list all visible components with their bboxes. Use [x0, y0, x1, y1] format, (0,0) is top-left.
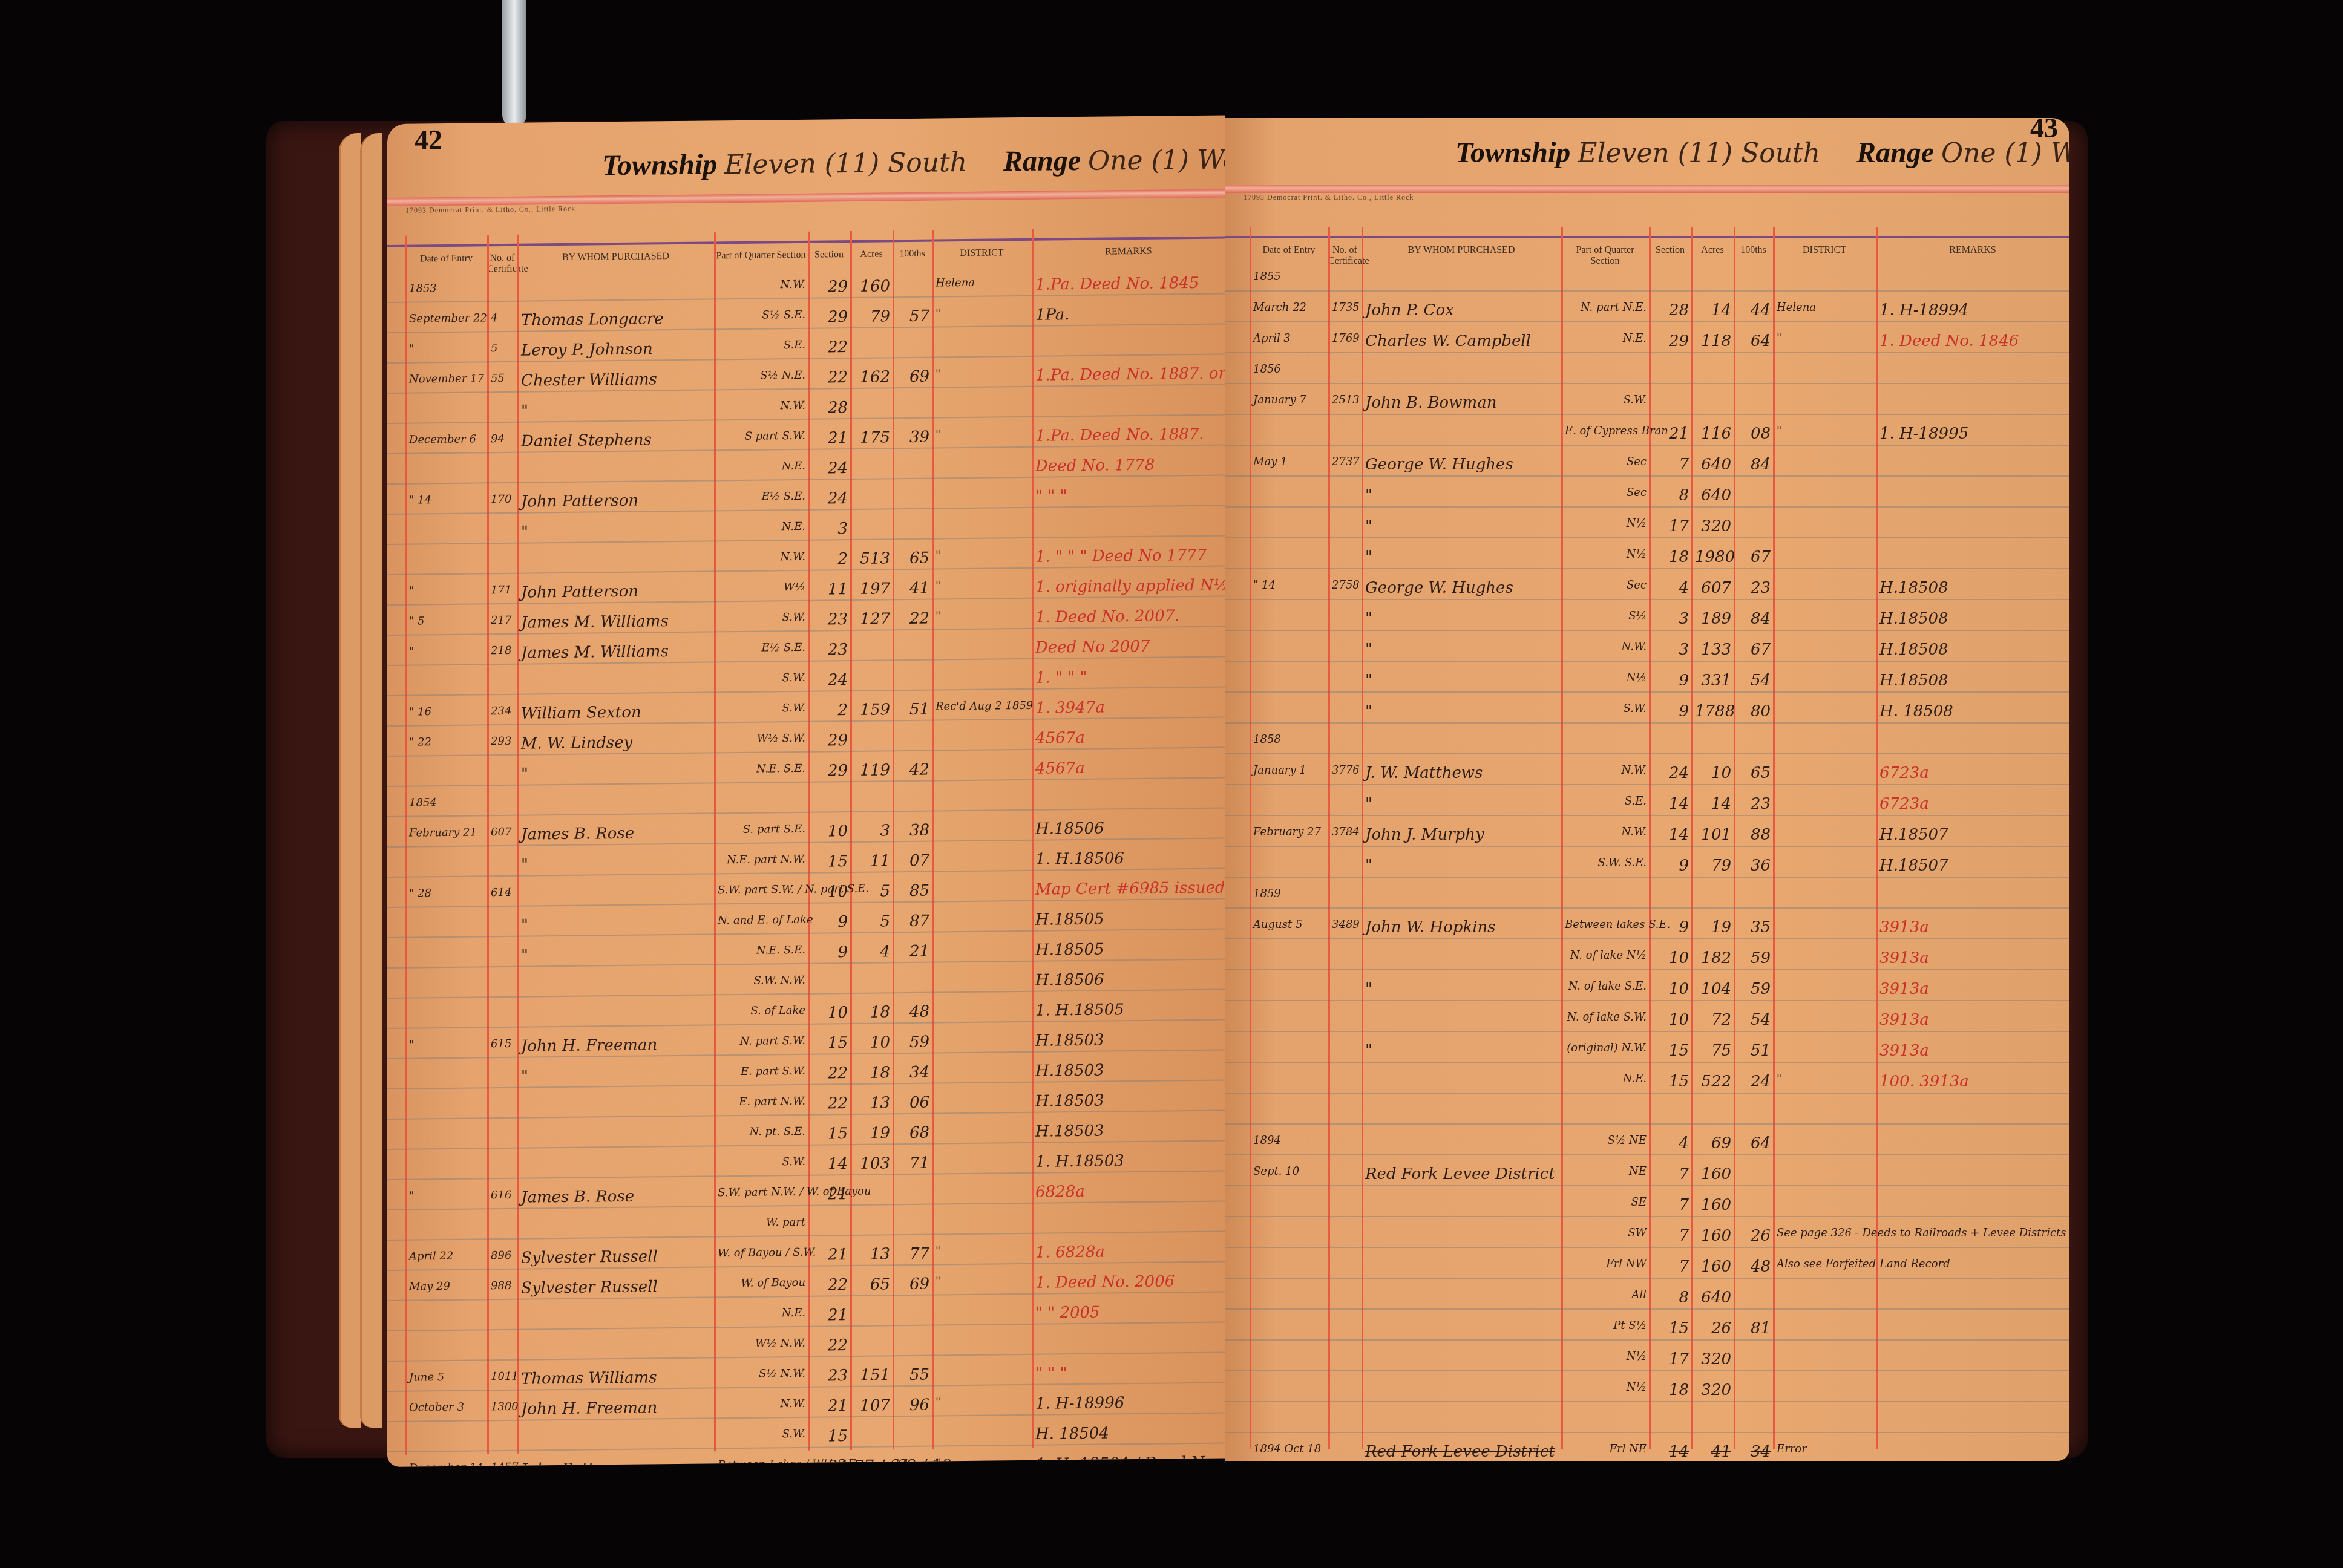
cell-remarks: H.18503 — [1035, 1122, 1104, 1141]
cell-name: Chester Williams — [521, 370, 657, 390]
cell-part: N.E. — [718, 1307, 805, 1321]
cell-hundredths: 51 — [1737, 1042, 1771, 1060]
cell-hundredths: 34 — [896, 1063, 929, 1082]
cell-acres: 331 — [1695, 671, 1731, 690]
cell-district: " — [936, 1456, 940, 1467]
cell-hundredths: 55 — [896, 1366, 929, 1385]
ruled-line — [1225, 1062, 2069, 1063]
cell-section: 28 — [1653, 301, 1689, 319]
ruled-line — [387, 384, 1225, 394]
cell-hundredths: 69 / 10 — [896, 1457, 929, 1467]
column-header-date: Date of Entry — [405, 253, 487, 264]
column-header-part: Part of Quarter Section — [1561, 245, 1649, 267]
cell-name: John Patterson — [521, 1460, 638, 1467]
cell-remarks: 1. H.18503 — [1035, 1152, 1124, 1171]
cell-name: John J. Murphy — [1365, 826, 1484, 844]
cell-name: James M. Williams — [521, 612, 669, 632]
cell-part: N.E. — [1565, 332, 1647, 345]
township-label: Township — [602, 148, 717, 181]
cell-part: N.W. — [1565, 641, 1647, 653]
cell-section: 10 — [1653, 980, 1689, 998]
township-value: Eleven (11) South — [1578, 138, 1820, 169]
cell-section: 29 — [1653, 332, 1689, 350]
cell-district: Rec'd Aug 2 1859 — [936, 699, 1033, 713]
cell-acres: 1788 — [1695, 702, 1731, 720]
cell-part: Sec — [1565, 486, 1647, 499]
cell-name: " — [1365, 548, 1372, 566]
cell-name: " — [521, 856, 528, 874]
cell-acres: 119 — [854, 761, 890, 780]
cell-cert: 607 — [491, 826, 511, 838]
cell-remarks: H.18503 — [1035, 1092, 1104, 1111]
cell-acres: 5 — [854, 882, 890, 901]
cell-acres: 160 — [1695, 1196, 1731, 1214]
cell-part: W½ N.W. — [718, 1337, 805, 1351]
cell-acres: 1980 — [1695, 548, 1731, 566]
cell-part: W. of Bayou — [718, 1276, 805, 1290]
cell-acres: 162 — [854, 368, 890, 387]
cell-hundredths: 51 — [896, 701, 929, 719]
cell-remarks: 3913a — [1879, 980, 1929, 998]
ruled-line — [1225, 1247, 2069, 1248]
cell-part: E½ S.E. — [718, 490, 805, 504]
cell-section: 10 — [1653, 1011, 1689, 1029]
column-rule — [932, 230, 934, 1449]
cell-date: 1856 — [1253, 363, 1281, 376]
cell-name: John H. Freeman — [521, 1399, 657, 1418]
cell-section: 17 — [1653, 517, 1689, 535]
cell-part: W. of Bayou / S.W. — [718, 1246, 805, 1260]
cell-hundredths: 54 — [1737, 1011, 1771, 1029]
column-header-remarks: REMARKS — [1032, 245, 1225, 258]
cell-acres: 104 — [1695, 980, 1731, 998]
cell-cert: 5 — [491, 342, 497, 354]
cell-district: " — [1777, 425, 1781, 437]
cell-hundredths: 41 — [896, 580, 929, 598]
cell-date: October 3 — [409, 1401, 464, 1414]
ruled-line — [1225, 1308, 2069, 1310]
cell-acres: 640 — [1695, 486, 1731, 505]
cell-hundredths: 84 — [1737, 610, 1771, 628]
ruled-line — [387, 686, 1225, 696]
cell-hundredths: 48 — [1737, 1258, 1771, 1276]
cell-section: 17 — [1653, 1350, 1689, 1368]
cell-part: S.W. — [718, 1428, 805, 1442]
cell-acres: 18 — [854, 1063, 890, 1082]
ruled-line — [387, 867, 1225, 878]
cell-acres: 133 — [1695, 641, 1731, 659]
cell-section: 4 — [1653, 1134, 1689, 1152]
cell-acres: 101 — [1695, 826, 1731, 844]
cell-part: S.W. — [718, 611, 805, 625]
ruled-line — [1225, 537, 2069, 538]
cell-section: 23 — [811, 610, 848, 629]
cell-acres: 320 — [1695, 1350, 1731, 1368]
cell-acres: 522 — [1695, 1073, 1731, 1091]
cell-hundredths: 07 — [896, 852, 929, 871]
ruled-line — [1225, 969, 2069, 970]
cell-date: " 28 — [409, 887, 431, 900]
column-rule — [1250, 227, 1251, 1449]
cell-date: " 14 — [409, 494, 431, 506]
cell-hundredths: 21 — [896, 942, 929, 961]
cell-hundredths: 08 — [1737, 425, 1771, 443]
cell-section: 10 — [811, 1004, 848, 1022]
cell-date: January 7 — [1253, 394, 1306, 407]
column-rule — [1773, 227, 1775, 1449]
cell-acres: 160 — [1695, 1165, 1731, 1183]
cell-name: George W. Hughes — [1365, 456, 1513, 474]
cell-remarks: 1.Pa. Deed No. 1887. — [1035, 425, 1204, 445]
page-title: Township Eleven (11) South Range One (1)… — [602, 142, 1225, 182]
cell-remarks: 6723a — [1879, 795, 1929, 813]
cell-part: S.W. part N.W. / W. of Bayou — [718, 1186, 805, 1200]
cell-district: " — [936, 307, 940, 319]
cell-acres: 320 — [1695, 1381, 1731, 1399]
cell-name: " — [1365, 702, 1372, 720]
ruled-line — [387, 988, 1225, 999]
cell-section: 3 — [811, 520, 848, 538]
cell-hundredths: 54 — [1737, 671, 1771, 690]
cell-section: 21 — [811, 1185, 848, 1204]
column-header-hundredths: 100ths — [893, 249, 932, 260]
cell-section: 14 — [1653, 826, 1689, 844]
cell-hundredths: 59 — [1737, 980, 1771, 998]
cell-section: 21 — [1653, 425, 1689, 443]
cell-part: N.E. S.E. — [718, 762, 805, 776]
column-header-hundredths: 100ths — [1734, 245, 1773, 256]
cell-hundredths: 39 — [896, 428, 929, 447]
cell-cert: 217 — [491, 614, 511, 627]
range-label: Range — [1003, 145, 1081, 177]
column-header-remarks: REMARKS — [1876, 245, 2069, 256]
cell-remarks: H.18505 — [1035, 941, 1104, 959]
cell-section: 9 — [1653, 671, 1689, 690]
header-rule — [1225, 236, 2069, 238]
cell-remarks: H.18508 — [1879, 641, 1948, 659]
cell-name: " — [521, 916, 528, 935]
column-header-date: Date of Entry — [1250, 245, 1328, 256]
cell-section: 28 — [811, 399, 848, 417]
cell-acres: 189 — [1695, 610, 1731, 628]
cell-section: 22 — [811, 1336, 848, 1355]
cell-section: 3 — [1653, 641, 1689, 659]
cell-part: Between Lakes / W½ S.E. — [718, 1458, 805, 1467]
column-header-acres: Acres — [1691, 245, 1734, 256]
cell-name: John H. Freeman — [521, 1036, 657, 1055]
cell-remarks: 1. originally applied N½ — [1035, 577, 1223, 596]
ruled-line — [387, 535, 1225, 545]
cell-remarks: 1.Pa. Deed No. 1845 — [1035, 274, 1199, 294]
header-rule — [387, 236, 1225, 247]
column-rule — [850, 231, 852, 1450]
cell-cert: 988 — [491, 1279, 511, 1292]
column-rule — [893, 230, 894, 1449]
range-label: Range — [1856, 137, 1934, 169]
column-header-part: Part of Quarter Section — [714, 250, 808, 262]
left-page: 42 Township Eleven (11) South Range One … — [387, 115, 1225, 1467]
ruled-line — [387, 1291, 1225, 1301]
header-band — [387, 189, 1225, 206]
cell-name: " — [521, 1068, 528, 1086]
cell-cert: 171 — [491, 584, 511, 596]
cell-section: 29 — [811, 731, 848, 750]
cell-section: 15 — [811, 1125, 848, 1143]
cell-hundredths: 42 — [896, 761, 929, 780]
column-header-district: DISTRICT — [1773, 245, 1876, 256]
cell-part: N.W. — [718, 399, 805, 413]
cell-acres: 19 — [854, 1124, 890, 1143]
cell-hundredths: 67 — [1737, 548, 1771, 566]
cell-section: 15 — [811, 852, 848, 871]
ruled-line — [387, 746, 1225, 757]
column-rule — [808, 232, 810, 1451]
cell-part: S. of Lake — [718, 1004, 805, 1018]
cell-acres: 160 — [1695, 1258, 1731, 1276]
cell-district: " — [936, 428, 940, 440]
cell-remarks: H.18508 — [1879, 610, 1948, 628]
cell-part: N.E. — [718, 460, 805, 474]
cell-cert: 2737 — [1332, 456, 1359, 468]
ruled-line — [387, 595, 1225, 606]
cell-part: E½ S.E. — [718, 641, 805, 655]
cell-cert: 1735 — [1332, 301, 1359, 314]
cell-part: W. part — [718, 1216, 805, 1230]
cell-acres: 13 — [854, 1245, 890, 1264]
cell-remarks: H.18503 — [1035, 1031, 1104, 1050]
letter-opener — [502, 0, 526, 127]
cell-part: S½ — [1565, 610, 1647, 622]
cell-date: February 21 — [409, 826, 477, 839]
cell-acres: 127 — [854, 610, 890, 629]
cell-hundredths: 26 — [1737, 1227, 1771, 1245]
cell-name: J. W. Matthews — [1365, 764, 1483, 782]
cell-name: " — [521, 947, 528, 965]
cell-acres: 65 — [854, 1275, 890, 1294]
cell-remarks: " " " — [1035, 487, 1067, 506]
cell-part: (original) N.W. — [1565, 1042, 1647, 1054]
cell-part: N½ — [1565, 548, 1647, 561]
cell-acres: 197 — [854, 580, 890, 598]
ruled-line — [1225, 1154, 2069, 1155]
cell-part: N½ — [1565, 671, 1647, 684]
cell-part: S.W. S.E. — [1565, 857, 1647, 869]
cell-section: 22 — [811, 338, 848, 357]
cell-section: 22 — [811, 1094, 848, 1113]
cell-acres: 79 — [1695, 857, 1731, 875]
ruled-line — [1225, 290, 2069, 292]
cell-remarks: H.18507 — [1879, 857, 1948, 875]
cell-section: 10 — [811, 822, 848, 841]
ruled-line — [1225, 1031, 2069, 1032]
ruled-line — [1225, 784, 2069, 785]
cell-section: 9 — [811, 943, 848, 962]
ruled-line — [1225, 1123, 2069, 1125]
cell-section: 29 — [811, 278, 848, 296]
cell-part: S part S.W. — [718, 430, 805, 443]
cell-date: " 14 — [1253, 579, 1276, 592]
cell-district: " — [936, 609, 940, 622]
cell-district: Error — [1777, 1443, 1807, 1455]
column-rule — [1032, 229, 1034, 1448]
cell-name: " — [1365, 610, 1372, 628]
cell-cert: 1769 — [1332, 332, 1359, 345]
ruled-line — [1225, 1000, 2069, 1001]
cell-name: " — [1365, 857, 1372, 875]
cell-acres: 79 — [854, 307, 890, 326]
cell-name: William Sexton — [521, 704, 641, 723]
cell-part: S.W. N.W. — [718, 974, 805, 988]
cell-remarks: H.18508 — [1879, 579, 1948, 597]
cell-name: James B. Rose — [521, 1187, 634, 1207]
cell-section: 14 — [811, 1155, 848, 1174]
cell-district: " — [936, 1275, 940, 1287]
cell-section: 22 — [811, 1064, 848, 1083]
cell-section: 3 — [1653, 610, 1689, 628]
ruled-line — [387, 898, 1225, 908]
cell-acres: 75 — [1695, 1042, 1731, 1060]
cell-part: N.W. — [718, 1397, 805, 1411]
range-value: One (1) West — [1088, 144, 1225, 177]
cell-name: John W. Hopkins — [1365, 918, 1496, 936]
cell-date: 1853 — [409, 282, 437, 295]
cell-date: August 5 — [1253, 918, 1302, 931]
cell-part: N. part N.E. — [1565, 301, 1647, 314]
cell-name: James B. Rose — [521, 825, 634, 844]
ruled-line — [387, 293, 1225, 303]
ruled-line — [387, 414, 1225, 424]
cell-cert: 4 — [491, 312, 497, 324]
cell-name: " — [521, 402, 528, 420]
column-header-name: BY WHOM PURCHASED — [517, 250, 714, 263]
cell-date: February 27 — [1253, 826, 1321, 838]
cell-name: Thomas Williams — [521, 1368, 657, 1388]
cell-remarks: 1. Deed No. 2007. — [1035, 607, 1180, 626]
cell-cert: 1457 — [491, 1461, 515, 1467]
cell-remarks: 1. H-18995 — [1879, 425, 1968, 443]
cell-hundredths: 85 — [896, 882, 929, 901]
cell-hundredths: 64 — [1737, 332, 1771, 350]
cell-section: 18 — [1653, 1381, 1689, 1399]
cell-part: N. part S.W. — [718, 1034, 805, 1048]
cell-hundredths: 77 — [896, 1245, 929, 1264]
ruled-line — [1225, 321, 2069, 322]
cell-part: N.E. — [1565, 1073, 1647, 1085]
ruled-line — [1225, 1432, 2069, 1433]
ruled-line — [1225, 599, 2069, 600]
ruled-line — [1225, 815, 2069, 816]
cell-section: 15 — [1653, 1073, 1689, 1091]
cell-remarks: 3913a — [1879, 918, 1929, 936]
cell-part: Between lakes S.E. — [1565, 918, 1647, 931]
page-stack-edge — [360, 133, 382, 1428]
cell-date: 1855 — [1253, 270, 1281, 283]
cell-part: S½ S.E. — [718, 309, 805, 322]
cell-district: " — [1777, 332, 1781, 345]
ruled-line — [387, 1200, 1225, 1210]
cell-section: 14 — [1653, 795, 1689, 813]
cell-name: " — [521, 523, 528, 541]
cell-date: November 17 — [409, 372, 484, 385]
cell-date: " — [409, 1039, 414, 1051]
cell-remarks: 1. H-18996 — [1035, 1394, 1124, 1413]
cell-acres: 77 / 64 — [854, 1457, 890, 1467]
cell-name: John P. Cox — [1365, 301, 1454, 319]
column-header-cert: No. of Certificate — [487, 253, 517, 275]
ruled-line — [387, 353, 1225, 364]
right-page: 43 Township Eleven (11) South Range One … — [1225, 118, 2069, 1461]
cell-hundredths: 71 — [896, 1154, 929, 1173]
cell-section: 15 — [1653, 1042, 1689, 1060]
cell-section: 15 — [811, 1034, 848, 1053]
cell-section: 9 — [811, 913, 848, 932]
cell-hundredths: 65 — [896, 549, 929, 568]
cell-hundredths: 59 — [1737, 949, 1771, 967]
ruled-line — [387, 323, 1225, 333]
ruled-line — [1225, 907, 2069, 909]
cell-hundredths: 38 — [896, 822, 929, 840]
cell-remarks: H. 18504 — [1035, 1425, 1109, 1443]
cell-hundredths: 23 — [1737, 579, 1771, 597]
cell-name: " — [521, 765, 528, 783]
cell-part: N. of lake S.W. — [1565, 1011, 1647, 1024]
cell-acres: 107 — [854, 1396, 890, 1415]
cell-cert: 1011 — [491, 1370, 515, 1383]
cell-acres: 118 — [1695, 332, 1731, 350]
cell-part: N½ — [1565, 517, 1647, 530]
cell-acres: 3 — [854, 822, 890, 840]
ruled-line — [387, 1261, 1225, 1271]
cell-acres: 10 — [1695, 764, 1731, 782]
column-rule — [1362, 227, 1363, 1449]
cell-hundredths: 48 — [896, 1003, 929, 1022]
column-header-cert: No. of Certificate — [1328, 245, 1362, 267]
cell-part: S½ NE — [1565, 1134, 1647, 1147]
cell-section: 7 — [1653, 1258, 1689, 1276]
column-header-district: DISTRICT — [932, 247, 1032, 260]
ruled-line — [387, 1140, 1225, 1150]
cell-name: Daniel Stephens — [521, 431, 652, 450]
cell-section: 23 — [811, 1367, 848, 1385]
cell-date: " 5 — [409, 615, 424, 627]
cell-cert: 1300 — [491, 1400, 515, 1413]
cell-name: John Patterson — [521, 583, 638, 602]
cell-name: George W. Hughes — [1365, 579, 1513, 597]
cell-date: " — [409, 343, 414, 356]
ruled-line — [387, 1442, 1225, 1452]
cell-part: E. part N.W. — [718, 1095, 805, 1109]
ruled-line — [1225, 414, 2069, 415]
printer-imprint: 17093 Democrat Print. & Litho. Co., Litt… — [1244, 193, 1414, 202]
ruled-line — [387, 1351, 1225, 1362]
cell-date: May 1 — [1253, 456, 1288, 468]
ruled-line — [1225, 1216, 2069, 1217]
cell-remarks: 4567a — [1035, 759, 1085, 778]
township-label: Township — [1455, 137, 1570, 169]
cell-remarks: 1.Pa. Deed No. 1887. originally applied … — [1035, 365, 1223, 385]
ruled-line — [1225, 383, 2069, 384]
cell-acres: 182 — [1695, 949, 1731, 967]
cell-cert: 3776 — [1332, 764, 1359, 777]
cell-hundredths: 34 — [1737, 1443, 1771, 1461]
cell-date: December 6 — [409, 433, 476, 446]
ruled-line — [1225, 1339, 2069, 1341]
ruled-line — [1225, 475, 2069, 477]
cell-section: 10 — [1653, 949, 1689, 967]
cell-cert: 170 — [491, 493, 511, 506]
cell-part: S.E. — [718, 339, 805, 353]
cell-part: S½ N.E. — [718, 369, 805, 383]
